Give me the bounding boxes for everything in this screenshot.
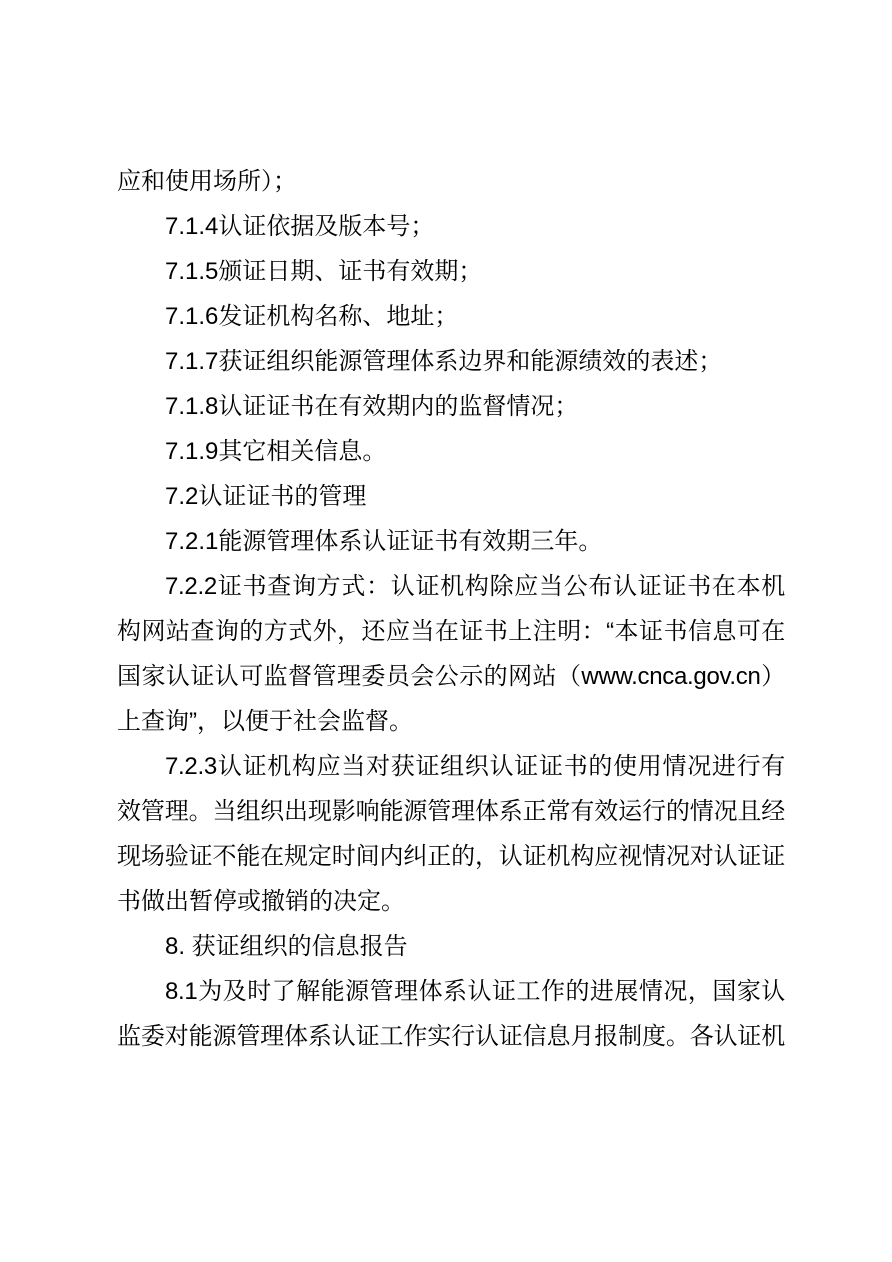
doc-line: 构网站查询的方式外，还应当在证书上注明：“本证书信息可在 — [117, 609, 785, 654]
doc-line: 效管理。当组织出现影响能源管理体系正常有效运行的情况且经 — [117, 789, 785, 834]
doc-section-heading: 8. 获证组织的信息报告 — [117, 924, 785, 969]
document-page: 应和使用场所）； 7.1.4认证依据及版本号； 7.1.5颁证日期、证书有效期；… — [0, 0, 892, 1262]
doc-line: 7.1.8认证证书在有效期内的监督情况； — [117, 384, 785, 429]
doc-line: 监委对能源管理体系认证工作实行认证信息月报制度。各认证机 — [117, 1014, 785, 1059]
doc-line: 7.2认证证书的管理 — [117, 474, 785, 519]
doc-line: 7.1.9其它相关信息。 — [117, 429, 785, 474]
doc-line: 7.2.3认证机构应当对获证组织认证证书的使用情况进行有 — [117, 744, 785, 789]
doc-line: 7.1.4认证依据及版本号； — [117, 204, 785, 249]
doc-line: 书做出暂停或撤销的决定。 — [117, 879, 785, 924]
doc-line: 8.1为及时了解能源管理体系认证工作的进展情况，国家认 — [117, 969, 785, 1014]
doc-line: 国家认证认可监督管理委员会公示的网站（www.cnca.gov.cn） — [117, 654, 785, 699]
doc-line: 7.2.2证书查询方式：认证机构除应当公布认证证书在本机 — [117, 564, 785, 609]
doc-line: 应和使用场所）； — [117, 159, 785, 204]
doc-line: 7.1.6发证机构名称、地址； — [117, 294, 785, 339]
doc-line: 7.1.7获证组织能源管理体系边界和能源绩效的表述； — [117, 339, 785, 384]
text-block: 应和使用场所）； 7.1.4认证依据及版本号； 7.1.5颁证日期、证书有效期；… — [117, 159, 785, 1059]
doc-line: 现场验证不能在规定时间内纠正的，认证机构应视情况对认证证 — [117, 834, 785, 879]
doc-line: 上查询”，以便于社会监督。 — [117, 699, 785, 744]
doc-line: 7.1.5颁证日期、证书有效期； — [117, 249, 785, 294]
doc-line: 7.2.1能源管理体系认证证书有效期三年。 — [117, 519, 785, 564]
